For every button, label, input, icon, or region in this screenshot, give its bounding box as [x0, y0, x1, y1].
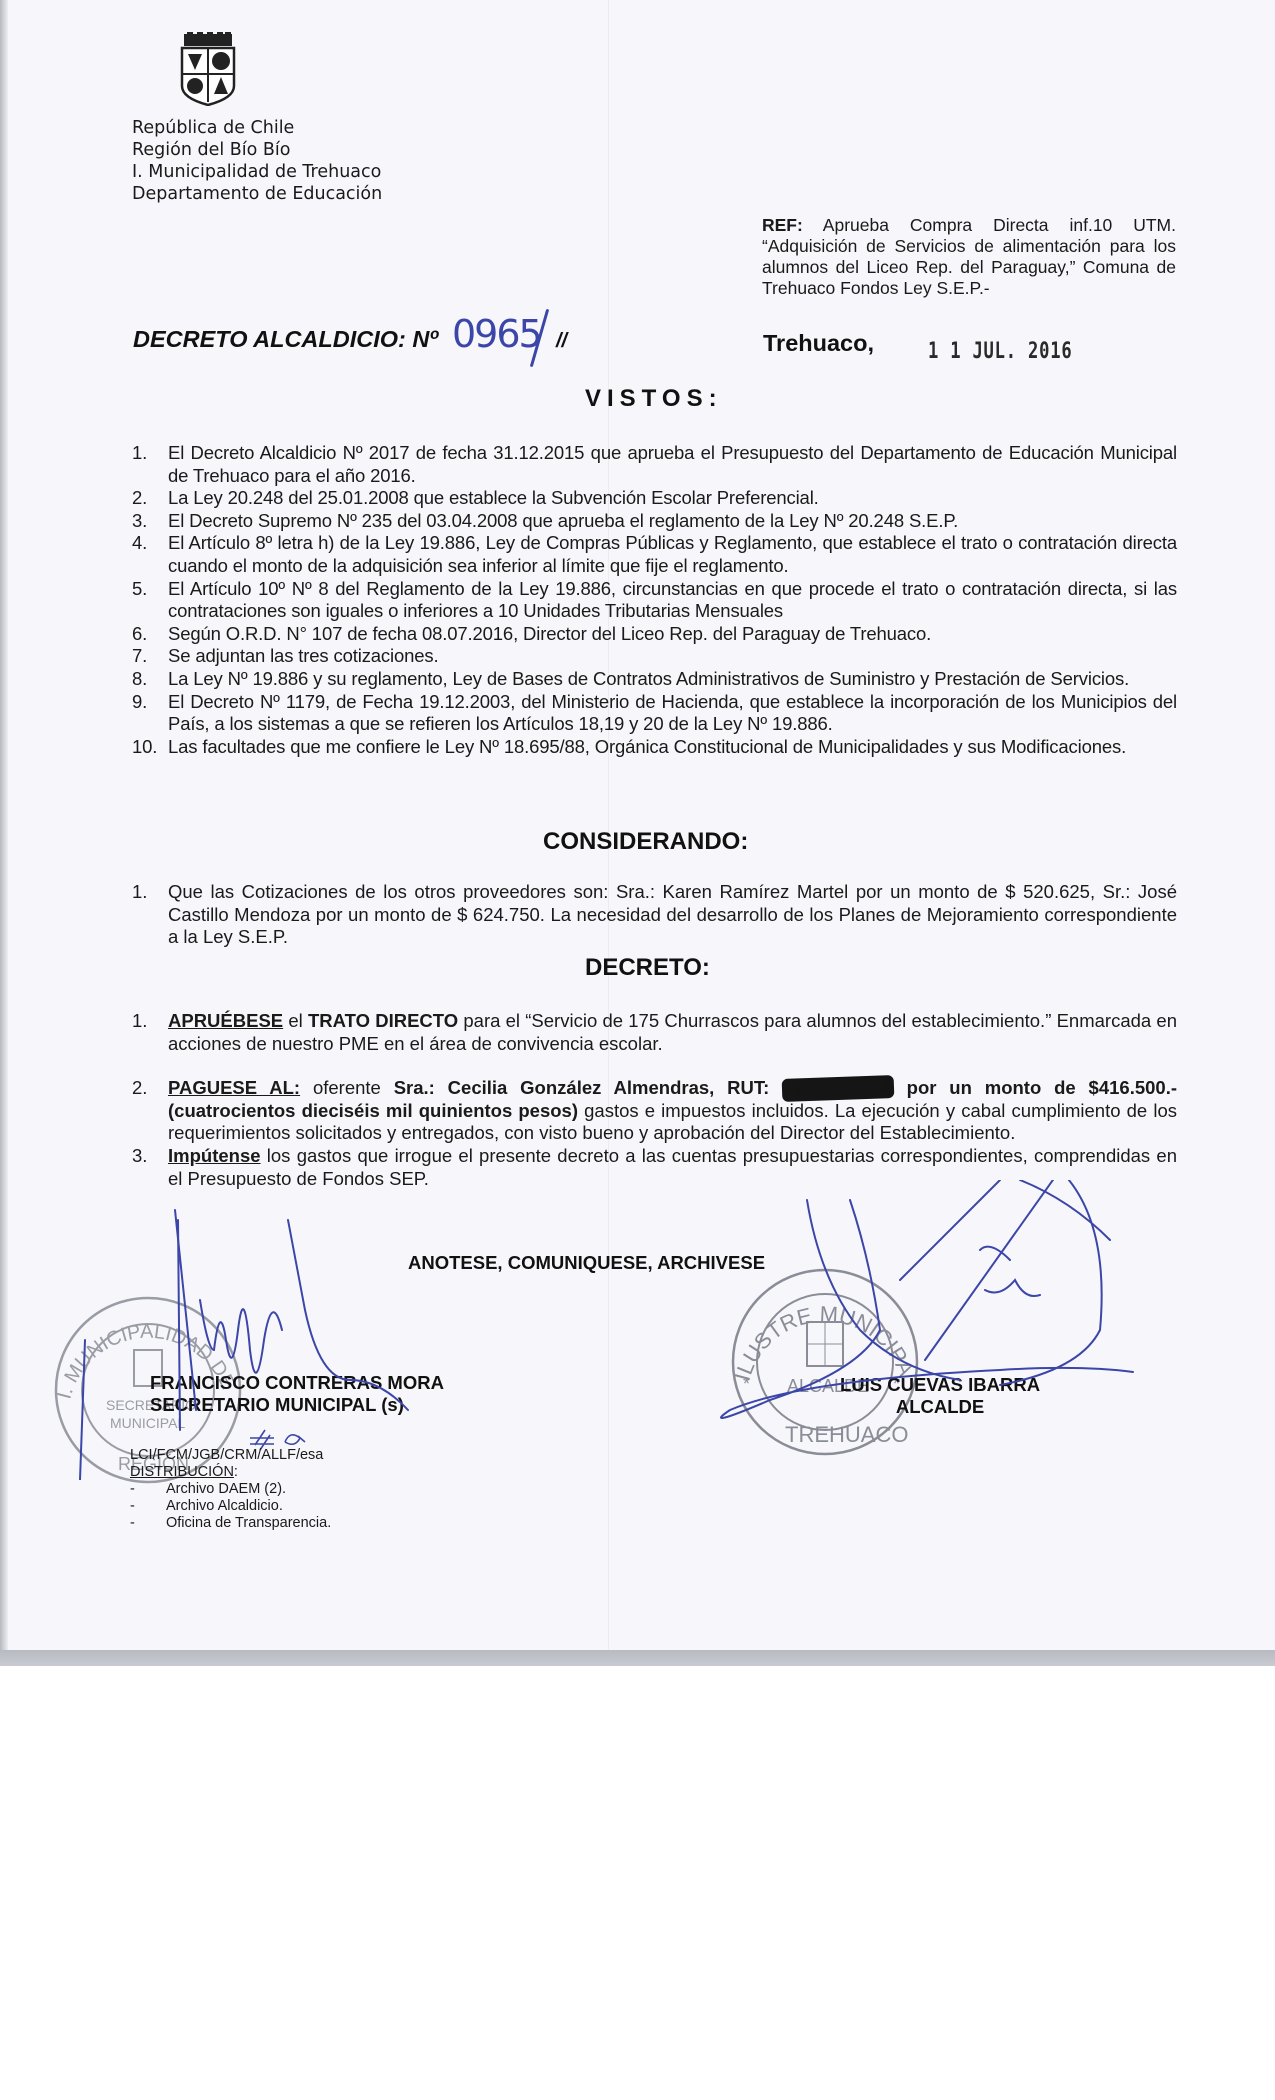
item-number: 4. [132, 532, 147, 555]
signer-name: LUIS CUEVAS IBARRA [840, 1374, 1040, 1396]
mayor-signature-block: LUIS CUEVAS IBARRA ALCALDE [840, 1374, 1040, 1418]
list-item: 9.El Decreto Nº 1179, de Fecha 19.12.200… [132, 691, 1177, 736]
list-item: 1.Que las Cotizaciones de los otros prov… [132, 881, 1177, 949]
letterhead: República de Chile Región del Bío Bío I.… [132, 117, 382, 205]
signer-role: SECRETARIO MUNICIPAL (s) [150, 1394, 444, 1416]
item-number: 1. [132, 442, 147, 465]
signer-name: FRANCISCO CONTRERAS MORA [150, 1372, 444, 1394]
page-edge [0, 0, 8, 1666]
distribution-heading: DISTRIBUCIÓN: [130, 1464, 331, 1481]
typist-initials: LCI/FCM/JGB/CRM/ALLF/esa [130, 1447, 331, 1464]
distribution-colon: : [234, 1464, 238, 1480]
item-number: 3. [132, 510, 147, 533]
closing-formula: ANOTESE, COMUNIQUESE, ARCHIVESE [408, 1252, 765, 1274]
list-item: 8.La Ley Nº 19.886 y su reglamento, Ley … [132, 668, 1177, 691]
distribution-label: DISTRIBUCIÓN [130, 1464, 234, 1480]
reference-label: REF: [762, 215, 803, 235]
list-item: 5.El Artículo 10º Nº 8 del Reglamento de… [132, 578, 1177, 623]
item-text: El Decreto Nº 1179, de Fecha 19.12.2003,… [168, 691, 1177, 735]
item-number: 7. [132, 645, 147, 668]
item-text: El Artículo 10º Nº 8 del Reglamento de l… [168, 578, 1177, 622]
item-number: 5. [132, 578, 147, 601]
distribution-text: Archivo Alcaldicio. [166, 1498, 283, 1514]
reference-block: REF: Aprueba Compra Directa inf.10 UTM. … [762, 215, 1176, 299]
list-item: 4.El Artículo 8º letra h) de la Ley 19.8… [132, 532, 1177, 577]
distribution-item: -Oficina de Transparencia. [130, 1515, 331, 1532]
decree-title: DECRETO ALCALDICIO: Nº [133, 326, 438, 353]
decreto-list: 1.APRUÉBESE el TRATO DIRECTO para el “Se… [132, 1010, 1177, 1190]
section-title-vistos: VISTOS: [585, 385, 723, 413]
item-text: los gastos que irrogue el presente decre… [168, 1145, 1177, 1189]
decree-number-handwritten: 0965 [452, 312, 541, 356]
item-lead: PAGUESE AL: [168, 1077, 300, 1098]
item-number: 1. [132, 881, 147, 904]
section-title-considerando: CONSIDERANDO: [543, 828, 748, 856]
item-number: 10. [132, 736, 157, 759]
signer-role: ALCALDE [840, 1396, 1040, 1418]
secretary-signature-block: FRANCISCO CONTRERAS MORA SECRETARIO MUNI… [150, 1372, 444, 1416]
fold-line [608, 0, 609, 1650]
letterhead-line: Región del Bío Bío [132, 139, 382, 161]
page-bottom-shadow [0, 1650, 1275, 1666]
item-number: 3. [132, 1145, 147, 1168]
item-text: Las facultades que me confiere le Ley Nº… [168, 736, 1126, 757]
item-text: La Ley 20.248 del 25.01.2008 que estable… [168, 487, 819, 508]
item-number: 8. [132, 668, 147, 691]
item-text: El Decreto Supremo Nº 235 del 03.04.2008… [168, 510, 958, 531]
item-lead: Impútense [168, 1145, 261, 1166]
item-number: 1. [132, 1010, 147, 1033]
list-item-imputense: 3.Impútense los gastos que irrogue el pr… [132, 1145, 1177, 1190]
letterhead-line: República de Chile [132, 117, 382, 139]
list-item: 10.Las facultades que me confiere le Ley… [132, 736, 1177, 759]
list-item: 6.Según O.R.D. N° 107 de fecha 08.07.201… [132, 623, 1177, 646]
considerando-list: 1.Que las Cotizaciones de los otros prov… [132, 881, 1177, 949]
item-text: La Ley Nº 19.886 y su reglamento, Ley de… [168, 668, 1129, 689]
item-number: 2. [132, 487, 147, 510]
list-item: 2.La Ley 20.248 del 25.01.2008 que estab… [132, 487, 1177, 510]
list-item: 1.El Decreto Alcaldicio Nº 2017 de fecha… [132, 442, 1177, 487]
item-number: 9. [132, 691, 147, 714]
coat-of-arms-icon [178, 32, 238, 106]
date-stamp: 1 1 JUL. 2016 [928, 339, 1072, 364]
reference-text: Aprueba Compra Directa inf.10 UTM. “Adqu… [762, 215, 1176, 298]
letterhead-line: Departamento de Educación [132, 183, 382, 205]
decree-suffix: // [556, 330, 567, 353]
item-text: oferente [300, 1077, 394, 1098]
item-number: 2. [132, 1077, 147, 1100]
distribution-item: -Archivo DAEM (2). [130, 1481, 331, 1498]
list-item: 7.Se adjuntan las tres cotizaciones. [132, 645, 1177, 668]
payee-name: Sra.: Cecilia González Almendras, RUT: [394, 1077, 770, 1098]
item-text: Según O.R.D. N° 107 de fecha 08.07.2016,… [168, 623, 931, 644]
item-lead: APRUÉBESE [168, 1010, 283, 1031]
letterhead-line: I. Municipalidad de Trehuaco [132, 161, 382, 183]
list-item: 3.El Decreto Supremo Nº 235 del 03.04.20… [132, 510, 1177, 533]
item-text: Se adjuntan las tres cotizaciones. [168, 645, 439, 666]
footer-block: LCI/FCM/JGB/CRM/ALLF/esa DISTRIBUCIÓN: -… [130, 1447, 331, 1532]
distribution-text: Oficina de Transparencia. [166, 1515, 331, 1531]
redacted-rut: 11.404.772-4 [782, 1075, 894, 1101]
item-text: El Artículo 8º letra h) de la Ley 19.886… [168, 532, 1177, 576]
section-title-decreto: DECRETO: [585, 954, 710, 982]
distribution-item: -Archivo Alcaldicio. [130, 1498, 331, 1515]
list-item-apruebese: 1.APRUÉBESE el TRATO DIRECTO para el “Se… [132, 1010, 1177, 1055]
list-item-paguese: 2.PAGUESE AL: oferente Sra.: Cecilia Gon… [132, 1077, 1177, 1145]
item-text: El Decreto Alcaldicio Nº 2017 de fecha 3… [168, 442, 1177, 486]
item-text: Que las Cotizaciones de los otros provee… [168, 881, 1177, 947]
place: Trehuaco, [763, 330, 874, 357]
vistos-list: 1.El Decreto Alcaldicio Nº 2017 de fecha… [132, 442, 1177, 758]
distribution-text: Archivo DAEM (2). [166, 1481, 286, 1497]
item-bold-text: TRATO DIRECTO [308, 1010, 458, 1031]
item-number: 6. [132, 623, 147, 646]
item-text: el [283, 1010, 308, 1031]
